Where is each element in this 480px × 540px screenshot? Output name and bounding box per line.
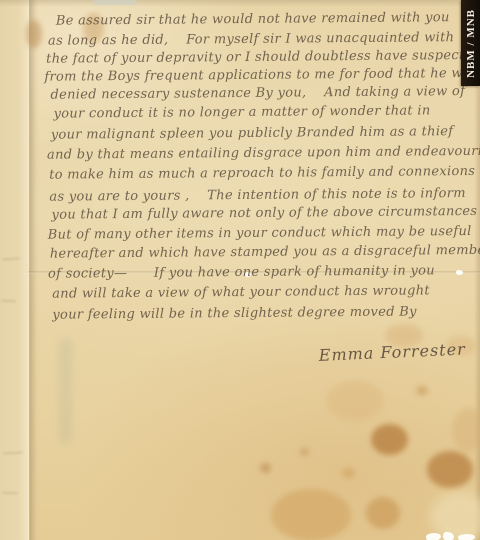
scanned-letter-page: Be assured sir that he would not have re… — [0, 0, 480, 540]
letter-line: you that I am fully aware not only of th… — [51, 204, 477, 223]
letter-line: your feeling will be in the slightest de… — [52, 304, 416, 322]
letter-line: and will take a view of what your conduc… — [52, 283, 430, 301]
letter-line: as long as he did, For myself sir I was … — [48, 30, 454, 49]
letter-line: from the Boys frequent applications to m… — [44, 66, 478, 85]
archive-label-text: NBM / MNB — [465, 9, 477, 78]
letter-line: and by that means entailing disgrace upo… — [47, 144, 480, 163]
letter-body: Be assured sir that he would not have re… — [0, 0, 480, 540]
letter-line: hereafter and which have stamped you as … — [50, 243, 480, 262]
letter-line: the fact of your depravity or I should d… — [46, 48, 480, 67]
letter-line: to make him as much a reproach to his fa… — [49, 164, 475, 183]
signature: Emma Forrester — [318, 339, 466, 364]
letter-line: Be assured sir that he would not have re… — [56, 10, 450, 28]
letter-line: denied necessary sustenance By you, And … — [50, 84, 465, 103]
archive-label: NBM / MNB — [461, 0, 480, 86]
letter-line: your malignant spleen you publicly Brand… — [51, 124, 454, 143]
letter-line: But of many other items in your conduct … — [48, 224, 472, 243]
letter-line: your conduct it is no longer a matter of… — [54, 103, 431, 121]
letter-line: of society— If you have one spark of hum… — [48, 263, 435, 281]
letter-line: as you are to yours , The intention of t… — [49, 186, 466, 205]
